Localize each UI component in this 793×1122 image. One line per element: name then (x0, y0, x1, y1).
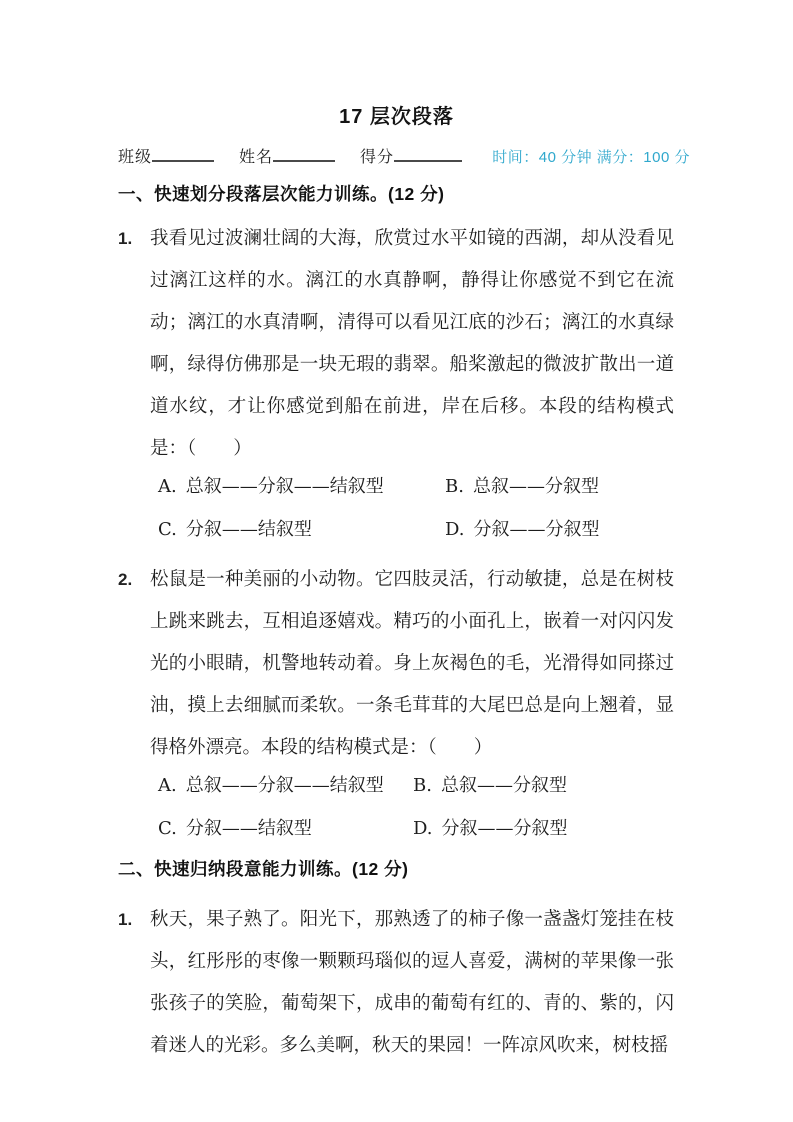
question-2-option-a: A.总叙——分叙——结叙型 (158, 773, 413, 799)
student-info-row: 班级 姓名 得分 时间：40 分钟 满分：100 分 (118, 144, 690, 167)
section-2-heading: 二、快速归纳段意能力训练。(12 分) (118, 856, 693, 881)
name-label: 姓名 (239, 144, 273, 167)
score-blank-line (394, 147, 462, 162)
option-text: 分叙——结叙型 (186, 818, 312, 839)
section2-question-1: 1. 秋天，果子熟了。阳光下，那熟透了的柿子像一盏盏灯笼挂在枝头，红彤彤的枣像一… (118, 899, 693, 1067)
question-text: 我看见过波澜壮阔的大海，欣赏过水平如镜的西湖，却从没看见过漓江这样的水。漓江的水… (150, 218, 674, 470)
class-blank-line (152, 147, 214, 162)
score-label: 得分 (360, 144, 394, 167)
question-1-option-c: C.分叙——结叙型 (158, 517, 445, 543)
question-1-option-d: D.分叙——分叙型 (445, 517, 693, 543)
question-1-option-a: A.总叙——分叙——结叙型 (158, 474, 445, 500)
option-text: 总叙——分叙型 (441, 775, 567, 796)
option-label: D. (413, 818, 433, 839)
option-label: A. (158, 476, 177, 497)
option-text: 总叙——分叙型 (473, 476, 599, 497)
section1-question-1: 1. 我看见过波澜壮阔的大海，欣赏过水平如镜的西湖，却从没看见过漓江这样的水。漓… (118, 218, 693, 470)
question-number: 2. (118, 559, 150, 769)
question-text: 秋天，果子熟了。阳光下，那熟透了的柿子像一盏盏灯笼挂在枝头，红彤彤的枣像一颗颗玛… (150, 899, 674, 1067)
option-label: C. (158, 519, 177, 540)
question-2-option-d: D.分叙——分叙型 (413, 816, 693, 842)
option-label: A. (158, 775, 177, 796)
class-label: 班级 (118, 144, 152, 167)
option-label: C. (158, 818, 177, 839)
option-text: 总叙——分叙——结叙型 (186, 476, 384, 497)
question-2-options: A.总叙——分叙——结叙型 B.总叙——分叙型 C.分叙——结叙型 D.分叙——… (158, 773, 693, 842)
page-title: 17 层次段落 (0, 0, 793, 129)
option-text: 分叙——结叙型 (186, 519, 312, 540)
option-label: B. (413, 775, 432, 796)
worksheet-content: 一、快速划分段落层次能力训练。(12 分) 1. 我看见过波澜壮阔的大海，欣赏过… (118, 181, 693, 1067)
section-1-heading: 一、快速划分段落层次能力训练。(12 分) (118, 181, 693, 206)
question-number: 1. (118, 899, 150, 1067)
question-2-option-c: C.分叙——结叙型 (158, 816, 413, 842)
option-text: 分叙——分叙型 (474, 519, 600, 540)
time-score-info: 时间：40 分钟 满分：100 分 (492, 146, 690, 167)
option-text: 总叙——分叙——结叙型 (186, 775, 384, 796)
question-1-option-b: B.总叙——分叙型 (445, 474, 693, 500)
worksheet-page: 17 层次段落 班级 姓名 得分 时间：40 分钟 满分：100 分 一、快速划… (0, 0, 793, 1122)
option-label: B. (445, 476, 464, 497)
option-label: D. (445, 519, 465, 540)
name-blank-line (273, 147, 335, 162)
question-1-options: A.总叙——分叙——结叙型 B.总叙——分叙型 C.分叙——结叙型 D.分叙——… (158, 474, 693, 543)
section1-question-2: 2. 松鼠是一种美丽的小动物。它四肢灵活，行动敏捷，总是在树枝上跳来跳去，互相追… (118, 559, 693, 769)
question-number: 1. (118, 218, 150, 470)
option-text: 分叙——分叙型 (442, 818, 568, 839)
question-2-option-b: B.总叙——分叙型 (413, 773, 693, 799)
question-text: 松鼠是一种美丽的小动物。它四肢灵活，行动敏捷，总是在树枝上跳来跳去，互相追逐嬉戏… (150, 559, 674, 769)
